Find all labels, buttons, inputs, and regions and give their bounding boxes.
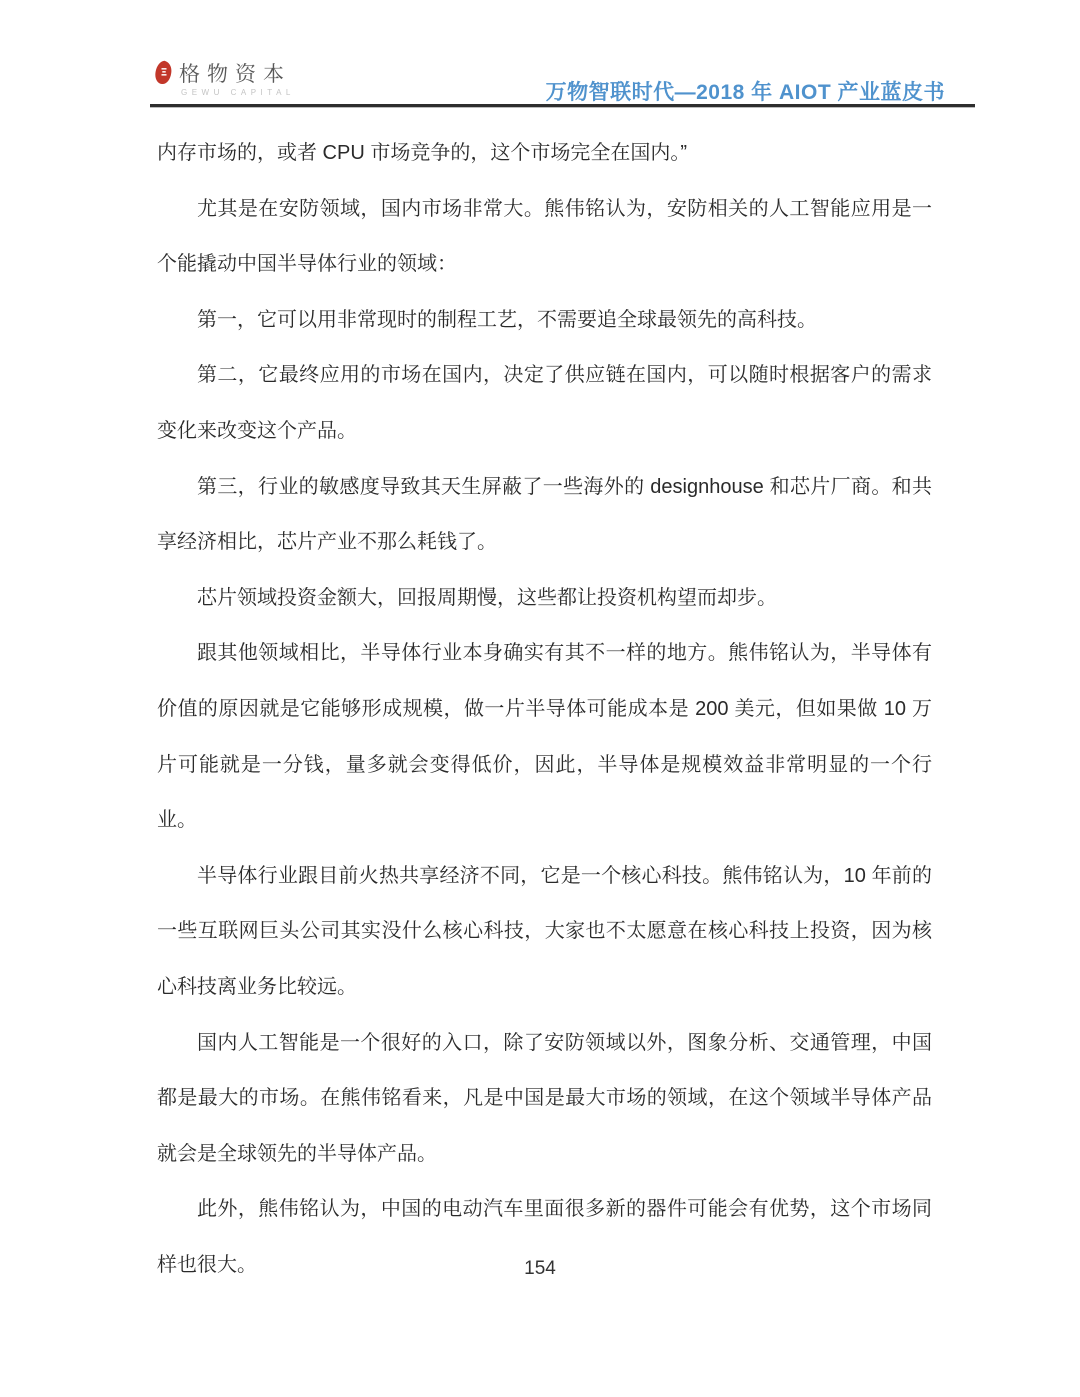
document-body: 内存市场的，或者 CPU 市场竞争的，这个市场完全在国内。”尤其是在安防领域，国… (157, 126, 932, 1293)
page-number: 154 (0, 1258, 1080, 1280)
paragraph: 半导体行业跟目前火热共享经济不同，它是一个核心科技。熊伟铭认为，10 年前的一些… (157, 849, 932, 1016)
paragraph: 第一，它可以用非常现时的制程工艺，不需要追全球最领先的高科技。 (157, 293, 932, 349)
document-page: 格物资本 GEWU CAPITAL 万物智联时代—2018 年 AIOT 产业蓝… (0, 0, 1080, 1397)
header-divider (150, 104, 975, 108)
report-title: 万物智联时代—2018 年 AIOT 产业蓝皮书 (546, 76, 945, 106)
paragraph: 尤其是在安防领域，国内市场非常大。熊伟铭认为，安防相关的人工智能应用是一个能撬动… (157, 182, 932, 293)
paragraph: 跟其他领域相比，半导体行业本身确实有其不一样的地方。熊伟铭认为，半导体有价值的原… (157, 626, 932, 848)
company-logo: 格物资本 GEWU CAPITAL (155, 60, 395, 97)
paragraph: 芯片领域投资金额大，回报周期慢，这些都让投资机构望而却步。 (157, 571, 932, 627)
paragraph: 第三，行业的敏感度导致其天生屏蔽了一些海外的 designhouse 和芯片厂商… (157, 460, 932, 571)
logo-subtitle: GEWU CAPITAL (181, 88, 395, 97)
logo-name: 格物资本 (179, 64, 291, 85)
paragraph: 国内人工智能是一个很好的入口，除了安防领域以外，图象分析、交通管理，中国都是最大… (157, 1016, 932, 1183)
paragraph: 第二，它最终应用的市场在国内，决定了供应链在国内，可以随时根据客户的需求变化来改… (157, 348, 932, 459)
paragraph: 内存市场的，或者 CPU 市场竞争的，这个市场完全在国内。” (157, 126, 932, 182)
seal-icon (155, 60, 172, 85)
